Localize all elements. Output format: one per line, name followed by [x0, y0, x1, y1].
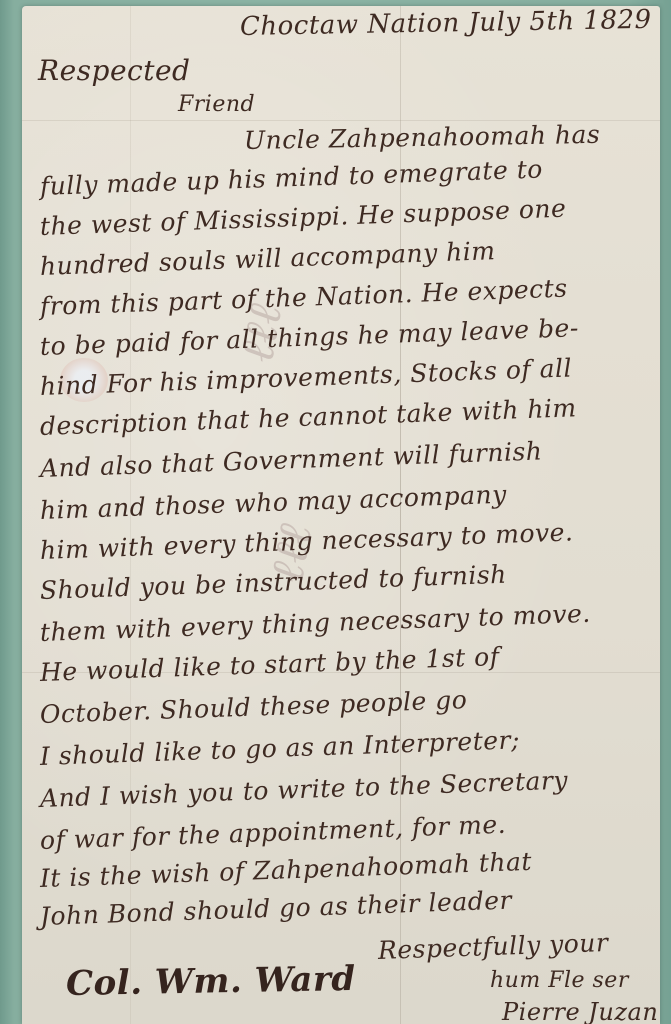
body-line: He would like to start by the 1st of: [39, 642, 499, 687]
body-line: of war for the appointment, for me.: [39, 810, 506, 855]
body-line: hundred souls will accompany him: [39, 236, 495, 281]
body-line: It is the wish of Zahpenahoomah that: [39, 847, 532, 893]
body-line: them with every thing necessary to move.: [39, 599, 591, 647]
body-line: fully made up his mind to emegrate to: [39, 154, 543, 201]
body-line: I should like to go as an Interpreter;: [39, 725, 520, 771]
body-line: hind For his improvements, Stocks of all: [39, 353, 572, 401]
body-line: John Bond should go as their leader: [39, 886, 512, 931]
body-line: And also that Government will furnish: [39, 436, 542, 483]
body-line: October. Should these people go: [39, 685, 467, 729]
salutation-line-2: Friend: [178, 92, 255, 117]
body-line: to be paid for all things he may leave b…: [39, 313, 579, 361]
body-line: the west of Mississippi. He suppose one: [39, 194, 566, 241]
body-line: description that he cannot take with him: [39, 393, 577, 441]
place-date-heading: Choctaw Nation July 5th 1829: [240, 5, 652, 42]
body-line: Uncle Zahpenahoomah has: [244, 120, 601, 155]
body-line: And I wish you to write to the Secretary: [39, 766, 568, 813]
signature: Pierre Juzan: [502, 998, 658, 1024]
letter-page: ℓℓℓ ℓℓℓ Choctaw Nation July 5th 1829 Res…: [22, 6, 660, 1024]
closing-line-2: hum Fle ser: [490, 968, 629, 993]
addressee-name: Col. Wm. Ward: [66, 959, 356, 1004]
body-line: from this part of the Nation. He expects: [39, 274, 568, 321]
salutation-line-1: Respected: [38, 54, 190, 87]
body-line: him and those who may accompany: [39, 480, 507, 525]
closing-line-1: Respectfully your: [377, 928, 608, 965]
